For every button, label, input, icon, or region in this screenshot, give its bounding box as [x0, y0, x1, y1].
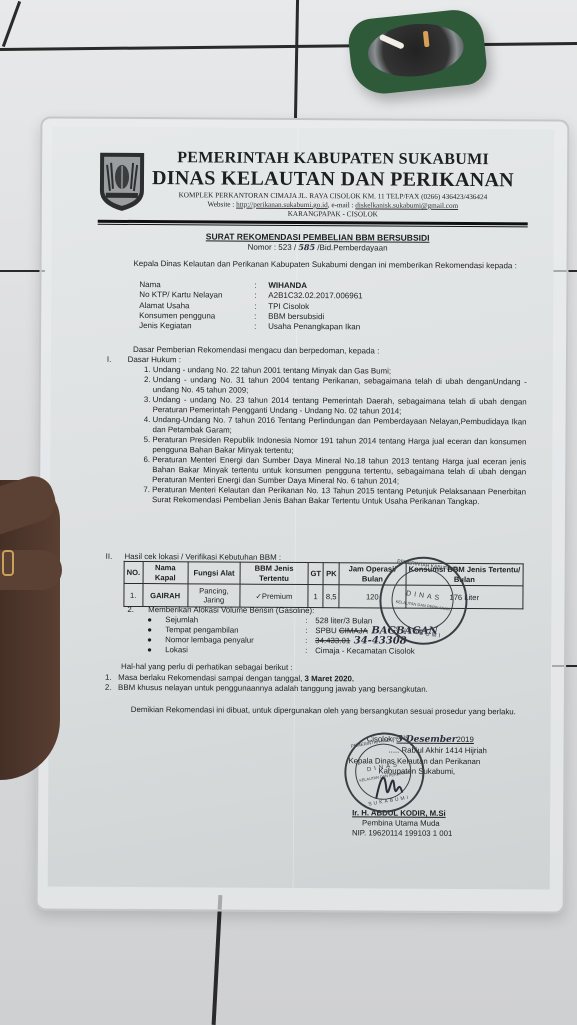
signature-scribble [368, 758, 408, 808]
signatory-rank: Pembina Utama Muda [362, 818, 440, 828]
field-colon: : [254, 322, 268, 332]
table-header: GT [308, 563, 324, 585]
legal-basis-list: Undang - undang No. 22 tahun 2001 tentan… [136, 365, 527, 507]
field-value: Usaha Penangkapan Ikan [268, 322, 360, 333]
allocation-colon: : [305, 616, 315, 626]
number-prefix: Nomor : 523 / [248, 243, 297, 252]
legal-basis-item: Undang - undang No. 23 tahun 2014 tentan… [153, 395, 527, 417]
field-value: TPI Cisolok [268, 301, 309, 312]
document-page: PEMERINTAH KABUPATEN SUKABUMI DINAS KELA… [48, 126, 555, 889]
table-cell: 1 [308, 585, 324, 608]
value-text: SPBU [315, 626, 339, 635]
notes-list: 1. Masa berlaku Rekomendasi sampai denga… [105, 673, 428, 695]
signatory-name: Ir. H. ABDUL KODIR, M.Si [352, 808, 446, 819]
note-date: 3 Maret 2020. [305, 674, 355, 683]
document-number: Nomor : 523 / 585 /Bid.Pemberdayaan [52, 240, 554, 253]
ashtray-bowl [365, 19, 466, 81]
number-suffix: /Bid.Pemberdayaan [317, 243, 387, 252]
field-label: No KTP/ Kartu Nelayan [139, 290, 254, 301]
note-number: 2. [105, 683, 118, 692]
finger-ring [2, 550, 14, 576]
bullet-icon: ● [137, 645, 165, 655]
allocation-number: 2. [127, 605, 134, 614]
intro-paragraph: Kepala Dinas Kelautan dan Perikanan Kabu… [107, 259, 527, 272]
section-number: II. [106, 552, 113, 561]
letterhead-agency: DINAS KELAUTAN DAN PERIKANAN [52, 166, 554, 192]
legal-basis-item: Undang - undang No. 31 tahun 2004 tentan… [153, 375, 527, 397]
table-cell: 1. [124, 583, 143, 606]
field-colon: : [254, 312, 268, 322]
table-cell: Pancing, Jaring [188, 584, 240, 607]
email-label: , e-mail : [328, 201, 354, 209]
table-header: BBM Jenis Tertentu [240, 562, 308, 584]
field-label: Alamat Usaha [139, 301, 254, 312]
table-header: PK [324, 563, 340, 585]
table-cell: 8,5 [323, 585, 339, 608]
note-item: 2. BBM khusus nelayan untuk penggunaanny… [105, 683, 428, 695]
field-label: Jenis Kegiatan [139, 321, 254, 332]
legal-basis-item: Peraturan Presiden Republik Indonesia No… [152, 435, 526, 457]
allocation-colon: : [305, 636, 315, 646]
allocation-colon: : [305, 646, 315, 656]
field-value: BBM bersubsidi [268, 312, 324, 323]
note-text: BBM khusus nelayan untuk penggunaannya a… [118, 683, 428, 694]
note-number: 1. [105, 673, 118, 682]
notes-intro: Hal-hal yang perlu di perhatikan sebagai… [121, 662, 293, 673]
table-cell: ✓Premium [240, 584, 308, 607]
field-label: Konsumen pengguna [139, 311, 254, 322]
legal-basis-item: Undang-Undang No. 7 tahun 2016 Tentang P… [152, 415, 526, 437]
number-handwritten: 585 [298, 242, 315, 252]
struck-value: 34.433.01 [315, 636, 350, 645]
allocation-value: 528 liter/3 Bulan [315, 616, 372, 626]
letterhead-location: KARANGPAPAK - CISOLOK [52, 208, 554, 219]
field-label: Nama [139, 280, 254, 291]
table-header: Fungsi Alat [188, 562, 240, 584]
website-link[interactable]: http://perikanan.sukabumi.go.id [236, 201, 328, 210]
allocation-title: Memberikan Alokasi Volume Bensin (Gasoli… [148, 605, 314, 615]
closing-paragraph: Demikian Rekomendasi ini dibuat, untuk d… [105, 705, 525, 718]
field-colon: : [254, 281, 268, 291]
section-title: Dasar Hukum : [128, 355, 181, 364]
bullet-icon: ● [137, 615, 165, 625]
allocation-value: 34.433.01 34-43308 [315, 636, 407, 647]
recipient-details: Nama:WIHANDANo KTP/ Kartu Nelayan:A2B1C3… [139, 280, 363, 333]
note-text: Masa berlaku Rekomendasi sampai dengan t… [118, 673, 304, 683]
struck-value: CIMAJA [339, 626, 368, 635]
field-value: A2B1C32.02.2017.006961 [268, 291, 362, 302]
bullet-icon: ● [137, 635, 165, 645]
website-label: Website : [208, 200, 235, 208]
allocation-row: ●Lokasi:Cimaja - Kecamatan Cisolok [137, 645, 438, 657]
ashtray [346, 7, 488, 97]
allocation-label: Lokasi [165, 645, 305, 656]
year: 2019 [456, 735, 473, 744]
table-header: Nama Kapal [143, 562, 189, 584]
field-colon: : [254, 301, 268, 311]
email-link[interactable]: diskelkanisk.sukabumi@gmail.com [355, 201, 458, 210]
legal-basis-item: Peraturan Menteri Kelautan dan Perikanan… [152, 485, 526, 507]
legal-basis-item: Peraturan Menteri Energi dan Sumber Daya… [152, 455, 526, 487]
section-1-heading: I. Dasar Hukum : [107, 355, 181, 365]
signatory-nip: NIP. 19620114 199103 1 001 [352, 828, 452, 839]
recipient-row: Jenis Kegiatan:Usaha Penangkapan Ikan [139, 321, 362, 333]
value-text: 528 liter/3 Bulan [315, 616, 372, 625]
allocation-colon: : [305, 626, 315, 636]
section-number: I. [107, 355, 112, 364]
tile-grout-line [0, 270, 45, 272]
field-colon: : [254, 291, 268, 301]
field-value: WIHANDA [268, 281, 307, 292]
bullet-icon: ● [137, 625, 165, 635]
table-header: NO. [124, 561, 143, 583]
allocation-value: Cimaja - Kecamatan Cisolok [315, 646, 415, 657]
table-cell: GAIRAH [142, 584, 188, 607]
value-text: Cimaja - Kecamatan Cisolok [315, 646, 415, 656]
